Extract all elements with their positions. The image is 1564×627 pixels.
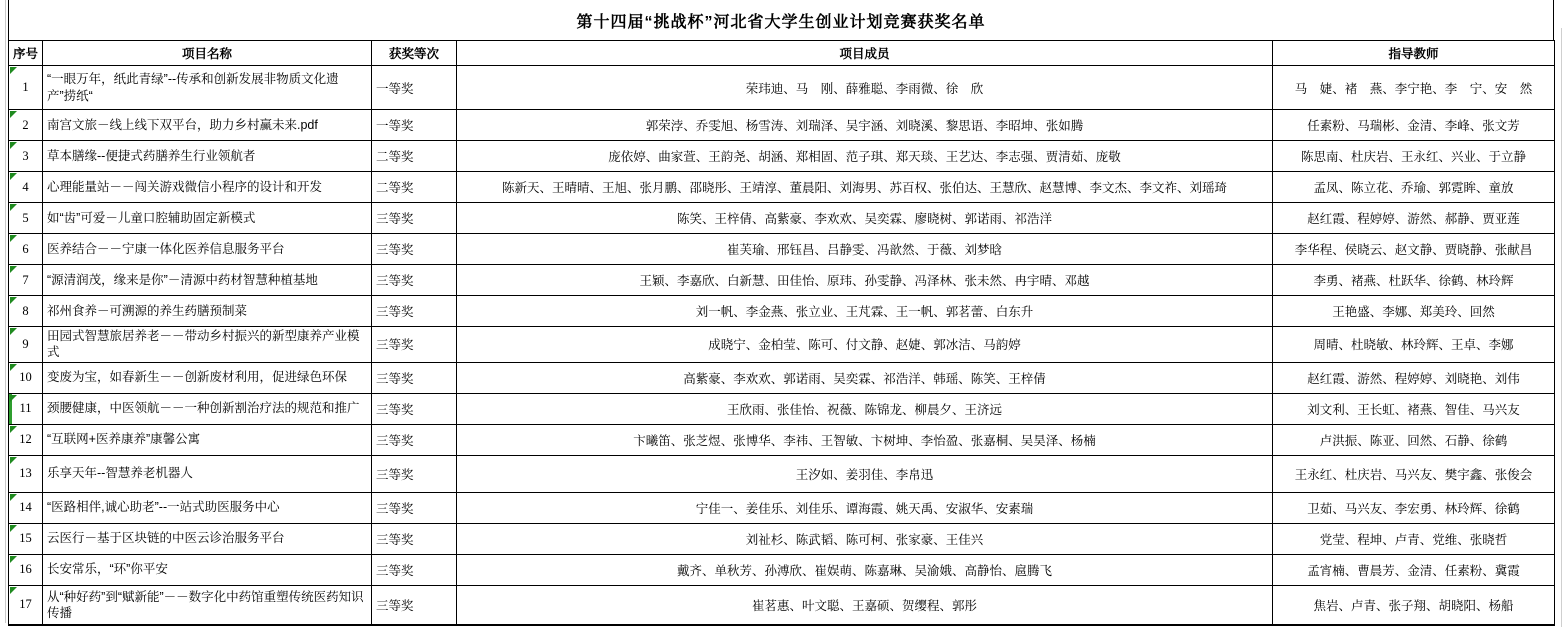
awards-table-wrap: 第十四届“挑战杯”河北省大学生创业计划竞赛获奖名单 序号 项目名称 获奖等次 项… — [8, 0, 1554, 626]
error-triangle-icon — [10, 173, 17, 180]
award-level-cell[interactable]: 二等奖 — [372, 172, 457, 203]
row-number: 12 — [19, 432, 32, 446]
row-number-cell[interactable]: 10 — [9, 362, 43, 393]
teachers-cell[interactable]: 任素粉、马瑞彬、金清、李峰、张文芳 — [1273, 110, 1555, 141]
project-name-cell[interactable]: 田园式智慧旅居养老－－带动乡村振兴的新型康养产业模式 — [43, 327, 372, 363]
table-row: 16 长安常乐，“环”你平安 三等奖 戴齐、单秋芳、孙溥欣、崔娱萌、陈嘉琳、吴渝… — [9, 554, 1555, 585]
table-row: 6 医养结合－－宁康一体化医养信息服务平台 三等奖 崔芙瑜、邢钰昌、吕静雯、冯歆… — [9, 234, 1555, 265]
teachers-cell[interactable]: 李勇、褚燕、杜跃华、徐鹤、林玲辉 — [1273, 265, 1555, 296]
members-cell[interactable]: 王欣雨、张佳怡、祝薇、陈锦龙、柳晨夕、王济远 — [457, 393, 1273, 424]
error-triangle-icon — [10, 111, 17, 118]
teachers-cell[interactable]: 党莹、程坤、卢青、党维、张晓哲 — [1273, 523, 1555, 554]
header-serial-number[interactable]: 序号 — [9, 41, 43, 66]
teachers-cell[interactable]: 孟宵楠、曹晨芳、金清、任素粉、冀霞 — [1273, 554, 1555, 585]
row-number: 16 — [19, 562, 32, 576]
award-level-cell[interactable]: 一等奖 — [372, 66, 457, 110]
error-triangle-icon — [10, 364, 17, 371]
members-cell[interactable]: 庞依婷、曲家萱、王韵尧、胡涵、郑相固、范子琪、郑天琰、王艺达、李志强、贾清茹、庞… — [457, 141, 1273, 172]
error-triangle-icon — [10, 556, 17, 563]
teachers-cell[interactable]: 赵红霞、游然、程婷婷、刘晓艳、刘伟 — [1273, 362, 1555, 393]
project-name-cell[interactable]: “源清润茂，缘来是你”－清源中药材智慧种植基地 — [43, 265, 372, 296]
table-row: 9 田园式智慧旅居养老－－带动乡村振兴的新型康养产业模式 三等奖 成晓宁、金柏莹… — [9, 327, 1555, 363]
project-name-cell[interactable]: 颈腰健康，中医领航－－一种创新割治疗法的规范和推广 — [43, 393, 372, 424]
teachers-cell[interactable]: 王永红、杜庆岩、马兴友、樊宇鑫、张俊会 — [1273, 455, 1555, 492]
row-number-cell[interactable]: 1 — [9, 66, 43, 110]
project-name-cell[interactable]: 长安常乐，“环”你平安 — [43, 554, 372, 585]
table-row: 10 变废为宝，如春新生－－创新废材利用，促进绿色环保 三等奖 高紫豪、李欢欢、… — [9, 362, 1555, 393]
project-name-cell[interactable]: 祁州食养－可溯源的养生药膳预制菜 — [43, 296, 372, 327]
members-cell[interactable]: 王汐如、姜羽佳、李帛迅 — [457, 455, 1273, 492]
error-triangle-icon — [10, 457, 17, 464]
row-number-cell[interactable]: 17 — [9, 585, 43, 625]
table-row: 2 南宫文旅－线上线下双平台，助力乡村赢未来.pdf 一等奖 郭荣浡、乔雯旭、杨… — [9, 110, 1555, 141]
row-number-cell[interactable]: 13 — [9, 455, 43, 492]
award-level-cell[interactable]: 三等奖 — [372, 296, 457, 327]
teachers-cell[interactable]: 马 婕、褚 燕、李宁艳、李 宁、安 然 — [1273, 66, 1555, 110]
table-row: 8 祁州食养－可溯源的养生药膳预制菜 三等奖 刘一帆、李金燕、张立业、王芃霖、王… — [9, 296, 1555, 327]
error-triangle-icon — [10, 494, 17, 501]
row-number-cell[interactable]: 4 — [9, 172, 43, 203]
award-level-cell[interactable]: 三等奖 — [372, 455, 457, 492]
award-level-cell[interactable]: 三等奖 — [372, 424, 457, 455]
project-name-cell[interactable]: “医路相伴,诚心助老”--一站式助医服务中心 — [43, 492, 372, 523]
award-level-cell[interactable]: 三等奖 — [372, 203, 457, 234]
table-row: 1 “一眼万年，纸此青绿”--传承和创新发展非物质文化遗产”捞纸“ 一等奖 荣玮… — [9, 66, 1555, 110]
members-cell[interactable]: 王颖、李嘉欣、白新慧、田佳怡、原玮、孙雯静、冯泽林、张未然、冉宇晴、邓越 — [457, 265, 1273, 296]
award-level-cell[interactable]: 三等奖 — [372, 492, 457, 523]
header-project-name[interactable]: 项目名称 — [43, 41, 372, 66]
members-cell[interactable]: 崔芙瑜、邢钰昌、吕静雯、冯歆然、于薇、刘梦晗 — [457, 234, 1273, 265]
error-triangle-icon — [10, 587, 17, 594]
row-number-cell[interactable]: 6 — [9, 234, 43, 265]
error-triangle-icon — [10, 426, 17, 433]
spreadsheet: 第十四届“挑战杯”河北省大学生创业计划竞赛获奖名单 序号 项目名称 获奖等次 项… — [0, 0, 1564, 627]
project-name-cell[interactable]: 医养结合－－宁康一体化医养信息服务平台 — [43, 234, 372, 265]
project-name-cell[interactable]: “一眼万年，纸此青绿”--传承和创新发展非物质文化遗产”捞纸“ — [43, 66, 372, 110]
error-triangle-icon — [10, 204, 17, 211]
error-triangle-icon — [10, 235, 17, 242]
row-number-cell[interactable]: 11 — [9, 393, 43, 424]
error-triangle-icon — [10, 67, 17, 74]
table-row: 13 乐享天年--智慧养老机器人 三等奖 王汐如、姜羽佳、李帛迅 王永红、杜庆岩… — [9, 455, 1555, 492]
row-number-cell[interactable]: 5 — [9, 203, 43, 234]
project-name-cell[interactable]: 乐享天年--智慧养老机器人 — [43, 455, 372, 492]
row-number-cell[interactable]: 16 — [9, 554, 43, 585]
row-number-cell[interactable]: 2 — [9, 110, 43, 141]
project-name-cell[interactable]: 变废为宝，如春新生－－创新废材利用，促进绿色环保 — [43, 362, 372, 393]
left-gridline — [5, 0, 6, 623]
members-cell[interactable]: 郭荣浡、乔雯旭、杨雪涛、刘瑞泽、吴宇涵、刘晓溪、黎思语、李昭坤、张如腾 — [457, 110, 1273, 141]
row-number: 1 — [22, 80, 28, 94]
teachers-cell[interactable]: 焦岩、卢青、张子翔、胡晓阳、杨船 — [1273, 585, 1555, 625]
award-level-cell[interactable]: 三等奖 — [372, 523, 457, 554]
table-row: 17 从“种好药”到“赋新能”－－数字化中药馆重塑传统医药知识传播 三等奖 崔茗… — [9, 585, 1555, 625]
row-number: 11 — [19, 401, 31, 415]
right-gridline — [1561, 28, 1562, 627]
error-triangle-icon — [10, 266, 17, 273]
project-name-cell[interactable]: 心理能量站－－闯关游戏微信小程序的设计和开发 — [43, 172, 372, 203]
teachers-cell[interactable]: 卢洪振、陈亚、回然、石静、徐鹤 — [1273, 424, 1555, 455]
row-number: 15 — [19, 531, 32, 545]
row-number-cell[interactable]: 15 — [9, 523, 43, 554]
row-number-cell[interactable]: 9 — [9, 327, 43, 363]
award-level-cell[interactable]: 三等奖 — [372, 327, 457, 363]
table-row: 5 如“齿”可爱－儿童口腔辅助固定新模式 三等奖 陈笑、王梓倩、高紫豪、李欢欢、… — [9, 203, 1555, 234]
header-row: 序号 项目名称 获奖等次 项目成员 指导教师 — [9, 41, 1555, 66]
award-level-cell[interactable]: 三等奖 — [372, 362, 457, 393]
row-number: 8 — [22, 304, 28, 318]
project-name-cell[interactable]: 南宫文旅－线上线下双平台，助力乡村赢未来.pdf — [43, 110, 372, 141]
members-cell[interactable]: 宁佳一、姜佳乐、刘佳乐、谭海霞、姚天禹、安淑华、安素瑞 — [457, 492, 1273, 523]
row-number: 14 — [19, 500, 32, 514]
project-name-cell[interactable]: “互联网+医养康养”康馨公寓 — [43, 424, 372, 455]
teachers-cell[interactable]: 卫茹、马兴友、李宏勇、林玲辉、徐鹤 — [1273, 492, 1555, 523]
members-cell[interactable]: 陈笑、王梓倩、高紫豪、李欢欢、吴奕霖、廖晓树、郭诺雨、祁浩洋 — [457, 203, 1273, 234]
row-number-cell[interactable]: 8 — [9, 296, 43, 327]
award-level-cell[interactable]: 三等奖 — [372, 554, 457, 585]
members-cell[interactable]: 崔茗惠、叶文聪、王嘉硕、贺缨程、郭彤 — [457, 585, 1273, 625]
row-number: 3 — [22, 149, 28, 163]
teachers-cell[interactable]: 刘文利、王长虹、褚燕、智佳、马兴友 — [1273, 393, 1555, 424]
row-number-cell[interactable]: 7 — [9, 265, 43, 296]
table-row: 7 “源清润茂，缘来是你”－清源中药材智慧种植基地 三等奖 王颖、李嘉欣、白新慧… — [9, 265, 1555, 296]
award-level-cell[interactable]: 一等奖 — [372, 110, 457, 141]
row-number: 13 — [19, 466, 32, 480]
project-name-cell[interactable]: 如“齿”可爱－儿童口腔辅助固定新模式 — [43, 203, 372, 234]
awards-table: 序号 项目名称 获奖等次 项目成员 指导教师 1 “一眼万年，纸此青绿”--传承… — [8, 40, 1555, 626]
row-number: 7 — [22, 273, 28, 287]
row-number: 5 — [22, 211, 28, 225]
award-level-cell[interactable]: 三等奖 — [372, 234, 457, 265]
row-number: 9 — [22, 337, 28, 351]
table-row: 3 草本膳缘--便捷式药膳养生行业领航者 二等奖 庞依婷、曲家萱、王韵尧、胡涵、… — [9, 141, 1555, 172]
header-award-level[interactable]: 获奖等次 — [372, 41, 457, 66]
members-cell[interactable]: 陈新天、王晴晴、王旭、张月鹏、邵晓彤、王靖淳、董晨阳、刘海男、苏百权、张伯达、王… — [457, 172, 1273, 203]
row-number-cell[interactable]: 14 — [9, 492, 43, 523]
table-row: 14 “医路相伴,诚心助老”--一站式助医服务中心 三等奖 宁佳一、姜佳乐、刘佳… — [9, 492, 1555, 523]
teachers-cell[interactable]: 赵红霞、程婷婷、游然、郝静、贾亚莲 — [1273, 203, 1555, 234]
members-cell[interactable]: 戴齐、单秋芳、孙溥欣、崔娱萌、陈嘉琳、吴渝娥、高静怡、扈腾飞 — [457, 554, 1273, 585]
teachers-cell[interactable]: 陈思南、杜庆岩、王永红、兴业、于立静 — [1273, 141, 1555, 172]
table-row: 12 “互联网+医养康养”康馨公寓 三等奖 卞曦笛、张芝煜、张博华、李祎、王智敏… — [9, 424, 1555, 455]
row-number: 2 — [22, 118, 28, 132]
table-row: 4 心理能量站－－闯关游戏微信小程序的设计和开发 二等奖 陈新天、王晴晴、王旭、… — [9, 172, 1555, 203]
table-row: 11 颈腰健康，中医领航－－一种创新割治疗法的规范和推广 三等奖 王欣雨、张佳怡… — [9, 393, 1555, 424]
error-triangle-icon — [10, 142, 17, 149]
page-title[interactable]: 第十四届“挑战杯”河北省大学生创业计划竞赛获奖名单 — [8, 0, 1554, 40]
teachers-cell[interactable]: 孟凤、陈立花、乔瑜、郭霓眸、童放 — [1273, 172, 1555, 203]
error-triangle-icon — [10, 328, 17, 335]
teachers-cell[interactable]: 周晴、杜晓敏、林玲辉、王卓、李娜 — [1273, 327, 1555, 363]
header-advisors[interactable]: 指导教师 — [1273, 41, 1555, 66]
members-cell[interactable]: 刘一帆、李金燕、张立业、王芃霖、王一帆、郭茗蕾、白东升 — [457, 296, 1273, 327]
header-project-members[interactable]: 项目成员 — [457, 41, 1273, 66]
row-number-cell[interactable]: 3 — [9, 141, 43, 172]
row-number: 6 — [22, 242, 28, 256]
error-triangle-icon — [10, 395, 17, 402]
members-cell[interactable]: 刘祉杉、陈武韬、陈可柯、张家豪、王佳兴 — [457, 523, 1273, 554]
row-number: 17 — [19, 597, 32, 611]
project-name-cell[interactable]: 草本膳缘--便捷式药膳养生行业领航者 — [43, 141, 372, 172]
teachers-cell[interactable]: 李华程、侯晓云、赵文静、贾晓静、张献昌 — [1273, 234, 1555, 265]
project-name-cell[interactable]: 云医行－基于区块链的中医云诊治服务平台 — [43, 523, 372, 554]
error-triangle-icon — [10, 297, 17, 304]
members-cell[interactable]: 荣玮迪、马 刚、薛雅聪、李雨微、徐 欣 — [457, 66, 1273, 110]
row-number: 10 — [19, 370, 32, 384]
award-level-cell[interactable]: 三等奖 — [372, 393, 457, 424]
error-triangle-icon — [10, 525, 17, 532]
award-level-cell[interactable]: 三等奖 — [372, 585, 457, 625]
members-cell[interactable]: 高紫豪、李欢欢、郭诺雨、吴奕霖、祁浩洋、韩瑶、陈笑、王梓倩 — [457, 362, 1273, 393]
project-name-cell[interactable]: 从“种好药”到“赋新能”－－数字化中药馆重塑传统医药知识传播 — [43, 585, 372, 625]
members-cell[interactable]: 卞曦笛、张芝煜、张博华、李祎、王智敏、卞树坤、李怡盈、张嘉桐、吴昊泽、杨楠 — [457, 424, 1273, 455]
members-cell[interactable]: 成晓宁、金柏莹、陈可、付文静、赵婕、郭冰洁、马韵婷 — [457, 327, 1273, 363]
row-number-cell[interactable]: 12 — [9, 424, 43, 455]
table-row: 15 云医行－基于区块链的中医云诊治服务平台 三等奖 刘祉杉、陈武韬、陈可柯、张… — [9, 523, 1555, 554]
row-number: 4 — [22, 180, 28, 194]
teachers-cell[interactable]: 王艳盛、李娜、郑美玲、回然 — [1273, 296, 1555, 327]
award-level-cell[interactable]: 二等奖 — [372, 141, 457, 172]
award-level-cell[interactable]: 三等奖 — [372, 265, 457, 296]
